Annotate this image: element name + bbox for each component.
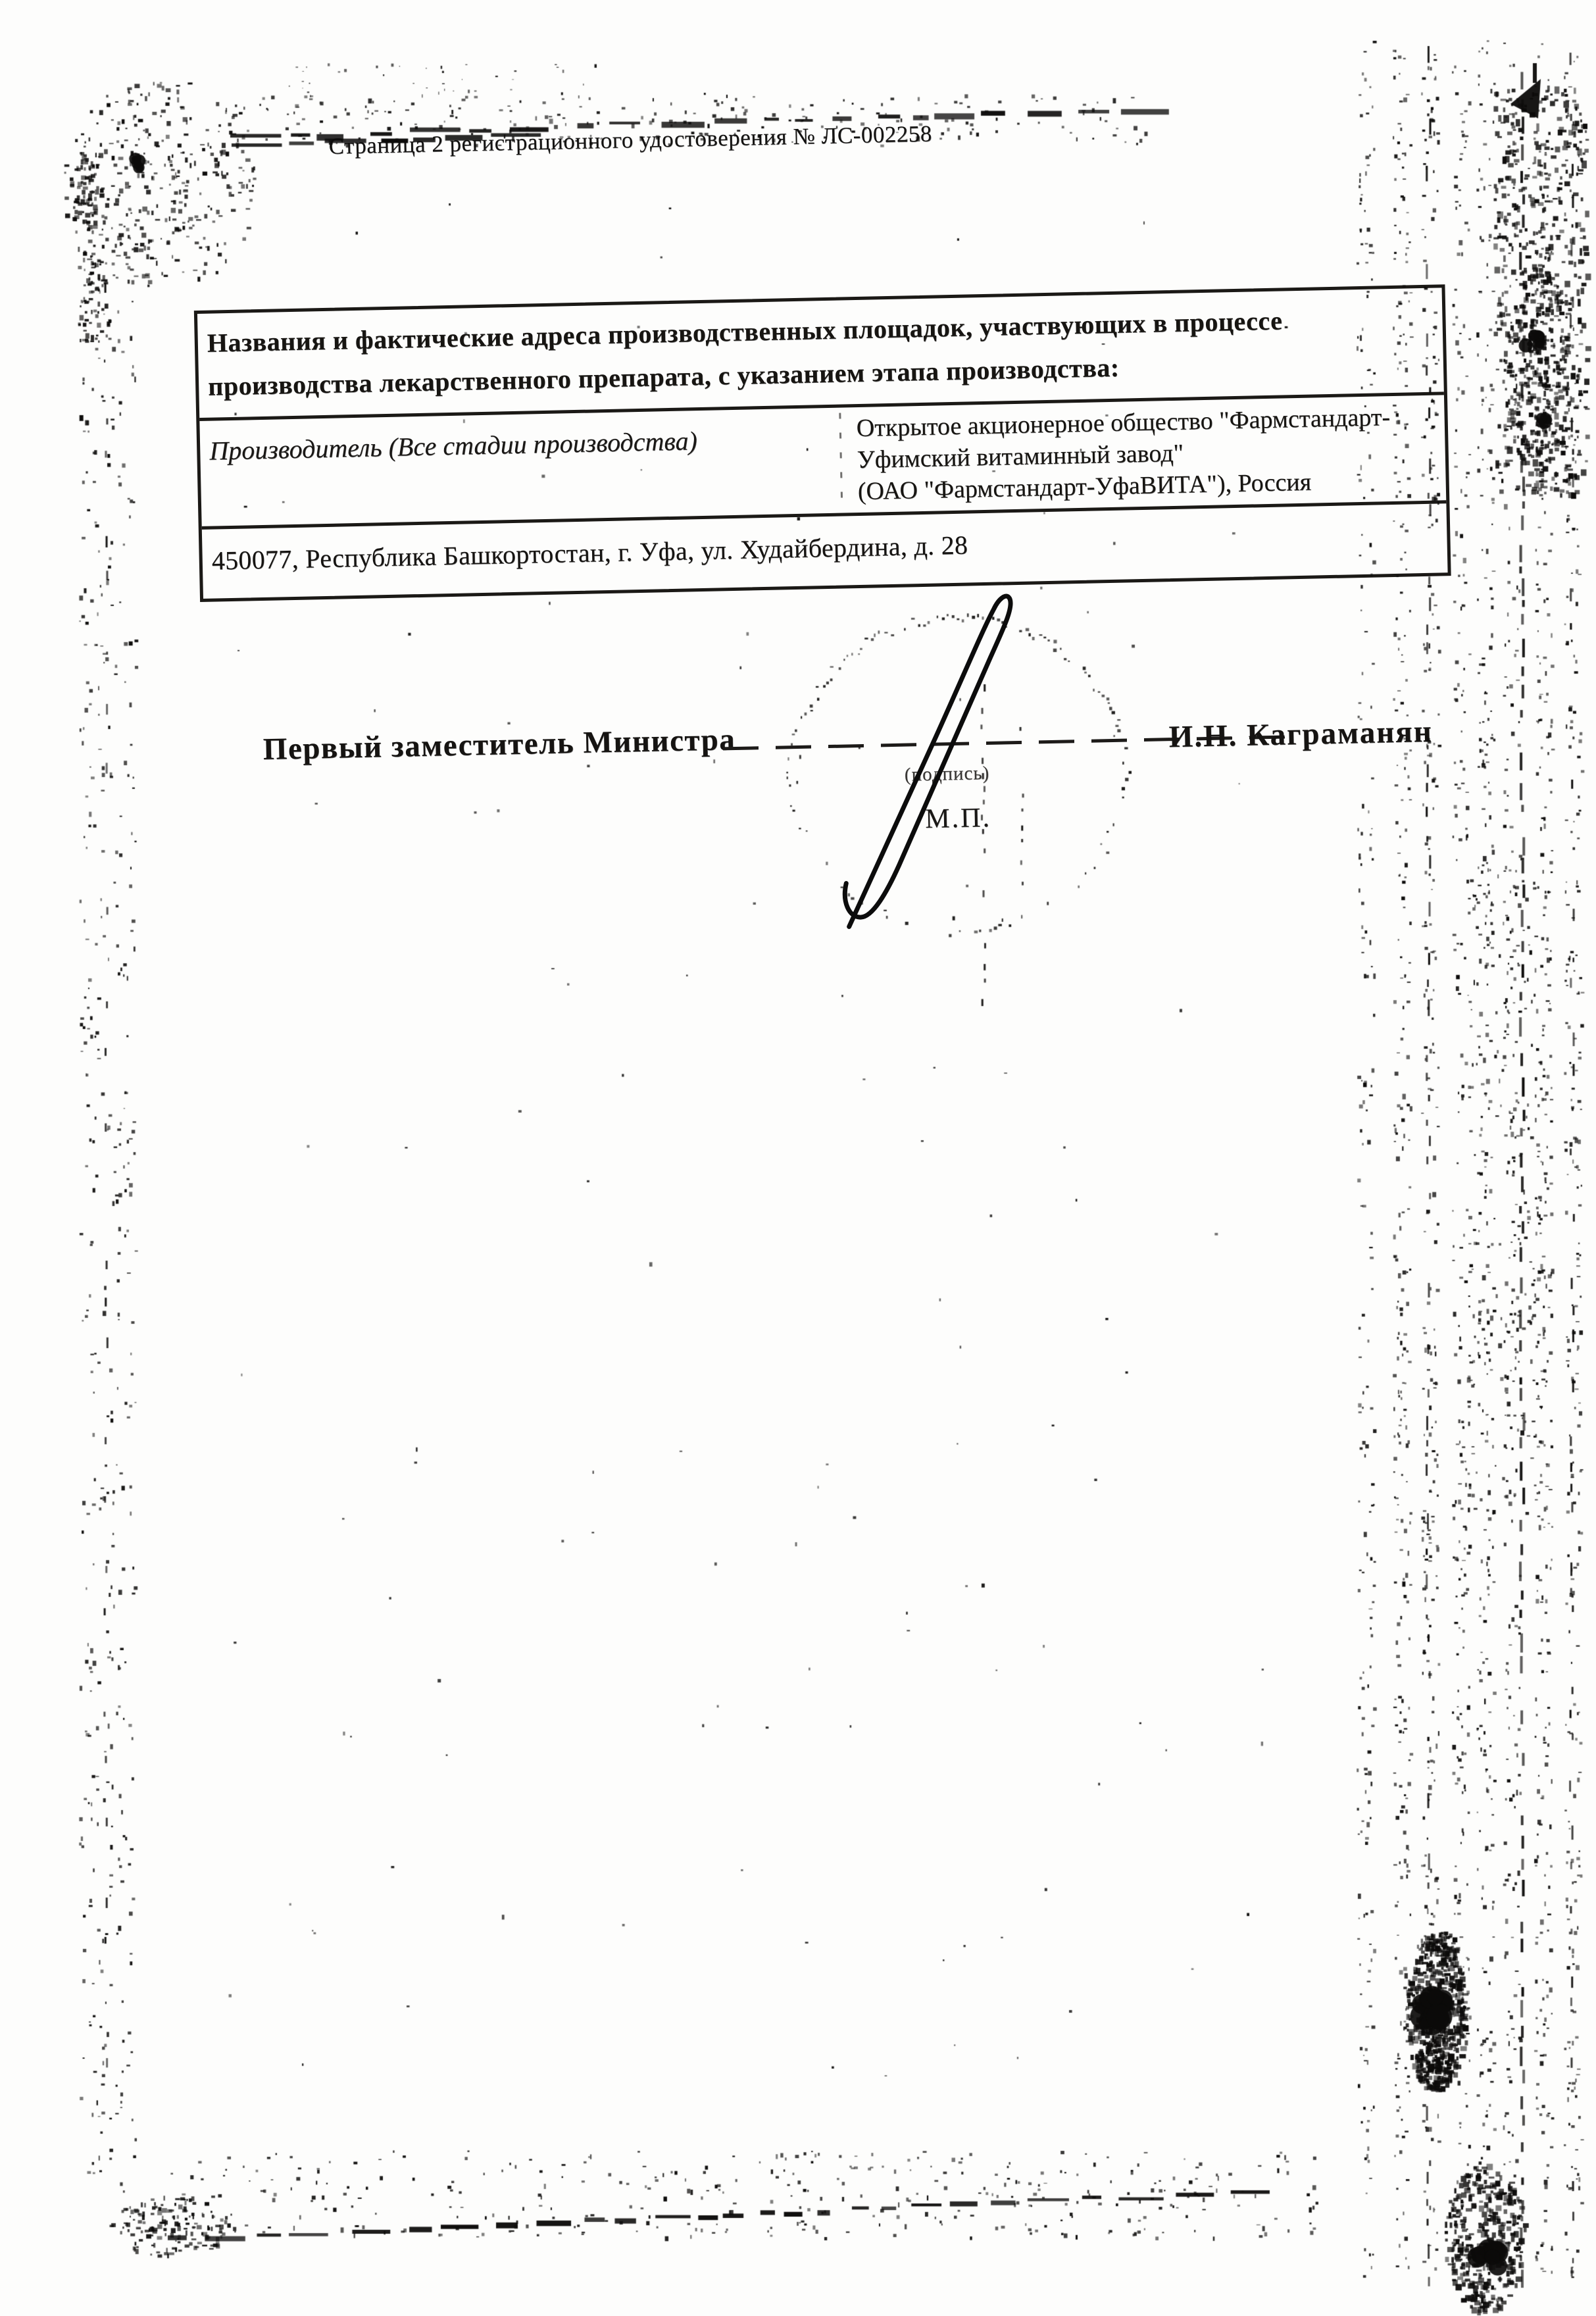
page-title: Страница 2 регистрационного удостоверени… bbox=[328, 121, 932, 160]
producer-label-cell: Производитель (Все стадии производства) bbox=[199, 408, 841, 526]
signature-ink bbox=[736, 572, 1072, 973]
scanned-certificate-page: Страница 2 регистрационного удостоверени… bbox=[0, 0, 1596, 2316]
signatory-title: Первый заместитель Министра bbox=[262, 722, 736, 767]
producer-value-cell: Открытое акционерное общество "Фармстанд… bbox=[839, 395, 1446, 513]
signatory-name: И.Н. Каграманян bbox=[1168, 714, 1433, 755]
document-content: Страница 2 регистрационного удостоверени… bbox=[0, 0, 1596, 2316]
production-sites-table: Названия и фактические адреса производст… bbox=[194, 284, 1451, 602]
